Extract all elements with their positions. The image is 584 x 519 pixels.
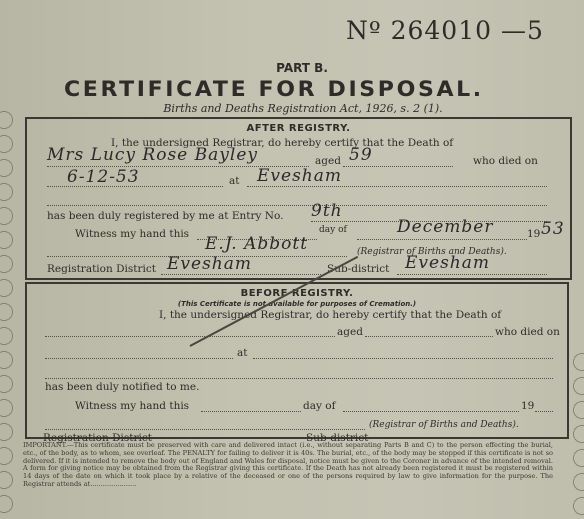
certificate-title: CERTIFICATE FOR DISPOSAL. bbox=[64, 77, 484, 101]
certify-text-before: I, the undersigned Registrar, do hereby … bbox=[159, 309, 501, 321]
district-field-line bbox=[161, 274, 321, 275]
date-field-line-before bbox=[45, 358, 233, 359]
month-field-line bbox=[357, 239, 527, 240]
registration-subdistrict: Evesham bbox=[405, 253, 490, 273]
district-label: Registration District bbox=[47, 263, 156, 275]
important-text: —This certificate must be preserved with… bbox=[23, 441, 553, 488]
important-notice: IMPORTANT.—This certificate must be pres… bbox=[23, 442, 553, 489]
at-label-before: at bbox=[237, 347, 247, 359]
registration-month: December bbox=[397, 217, 493, 237]
age-field-line-before bbox=[365, 336, 493, 337]
blank-line-before bbox=[45, 378, 553, 379]
place-of-death: Evesham bbox=[257, 166, 342, 186]
certificate-number: Nº 264010 —5 bbox=[346, 16, 544, 45]
died-on-label-before: who died on bbox=[495, 326, 560, 338]
year-field-line-before bbox=[535, 411, 553, 412]
year-prefix: 19 bbox=[527, 228, 540, 240]
registrar-signature: E.J. Abbott bbox=[205, 234, 308, 254]
registration-district: Evesham bbox=[167, 254, 252, 274]
deceased-name: Mrs Lucy Rose Bayley bbox=[47, 145, 258, 165]
part-label: PART B. bbox=[0, 61, 584, 75]
entry-label: has been duly registered by me at Entry … bbox=[47, 210, 283, 222]
witness-day-line-before bbox=[201, 411, 301, 412]
age-field-line bbox=[343, 166, 453, 167]
month-field-line-before bbox=[343, 411, 519, 412]
died-on-label: who died on bbox=[473, 155, 538, 167]
certificate-paper: Nº 264010 —5 PART B. CERTIFICATE FOR DIS… bbox=[0, 0, 584, 519]
registrar-label-before: (Registrar of Births and Deaths). bbox=[369, 420, 519, 430]
decorative-border-right bbox=[570, 350, 584, 519]
witness-label: Witness my hand this bbox=[75, 228, 189, 240]
day-of-label-before: day of bbox=[303, 400, 335, 412]
place-field-line-before bbox=[253, 358, 553, 359]
act-reference: Births and Deaths Registration Act, 1926… bbox=[0, 102, 584, 115]
name-field-line-before bbox=[45, 336, 335, 337]
after-registry-section: AFTER REGISTRY. I, the undersigned Regis… bbox=[25, 117, 572, 280]
date-of-death: 6-12-53 bbox=[67, 167, 140, 187]
witness-label-before: Witness my hand this bbox=[75, 400, 189, 412]
before-registry-section: BEFORE REGISTRY. (This Certificate is no… bbox=[25, 282, 569, 439]
day-of-label: day of bbox=[319, 225, 347, 235]
aged-label-before: aged bbox=[337, 326, 363, 338]
signature-line-before bbox=[45, 429, 365, 430]
notified-label: has been duly notified to me. bbox=[45, 381, 199, 393]
after-registry-heading: AFTER REGISTRY. bbox=[27, 123, 570, 134]
subdistrict-field-line bbox=[397, 274, 547, 275]
cremation-note: (This Certificate is not available for p… bbox=[27, 300, 567, 308]
entry-number: 9th bbox=[311, 201, 343, 221]
at-label: at bbox=[229, 175, 239, 187]
decorative-border-left bbox=[0, 108, 16, 519]
place-field-line bbox=[247, 186, 547, 187]
year-prefix-before: 19 bbox=[521, 400, 534, 412]
blank-line bbox=[47, 205, 547, 206]
registration-year: 53 bbox=[541, 219, 565, 239]
deceased-age: 59 bbox=[349, 145, 373, 165]
important-label: IMPORTANT. bbox=[23, 441, 67, 449]
